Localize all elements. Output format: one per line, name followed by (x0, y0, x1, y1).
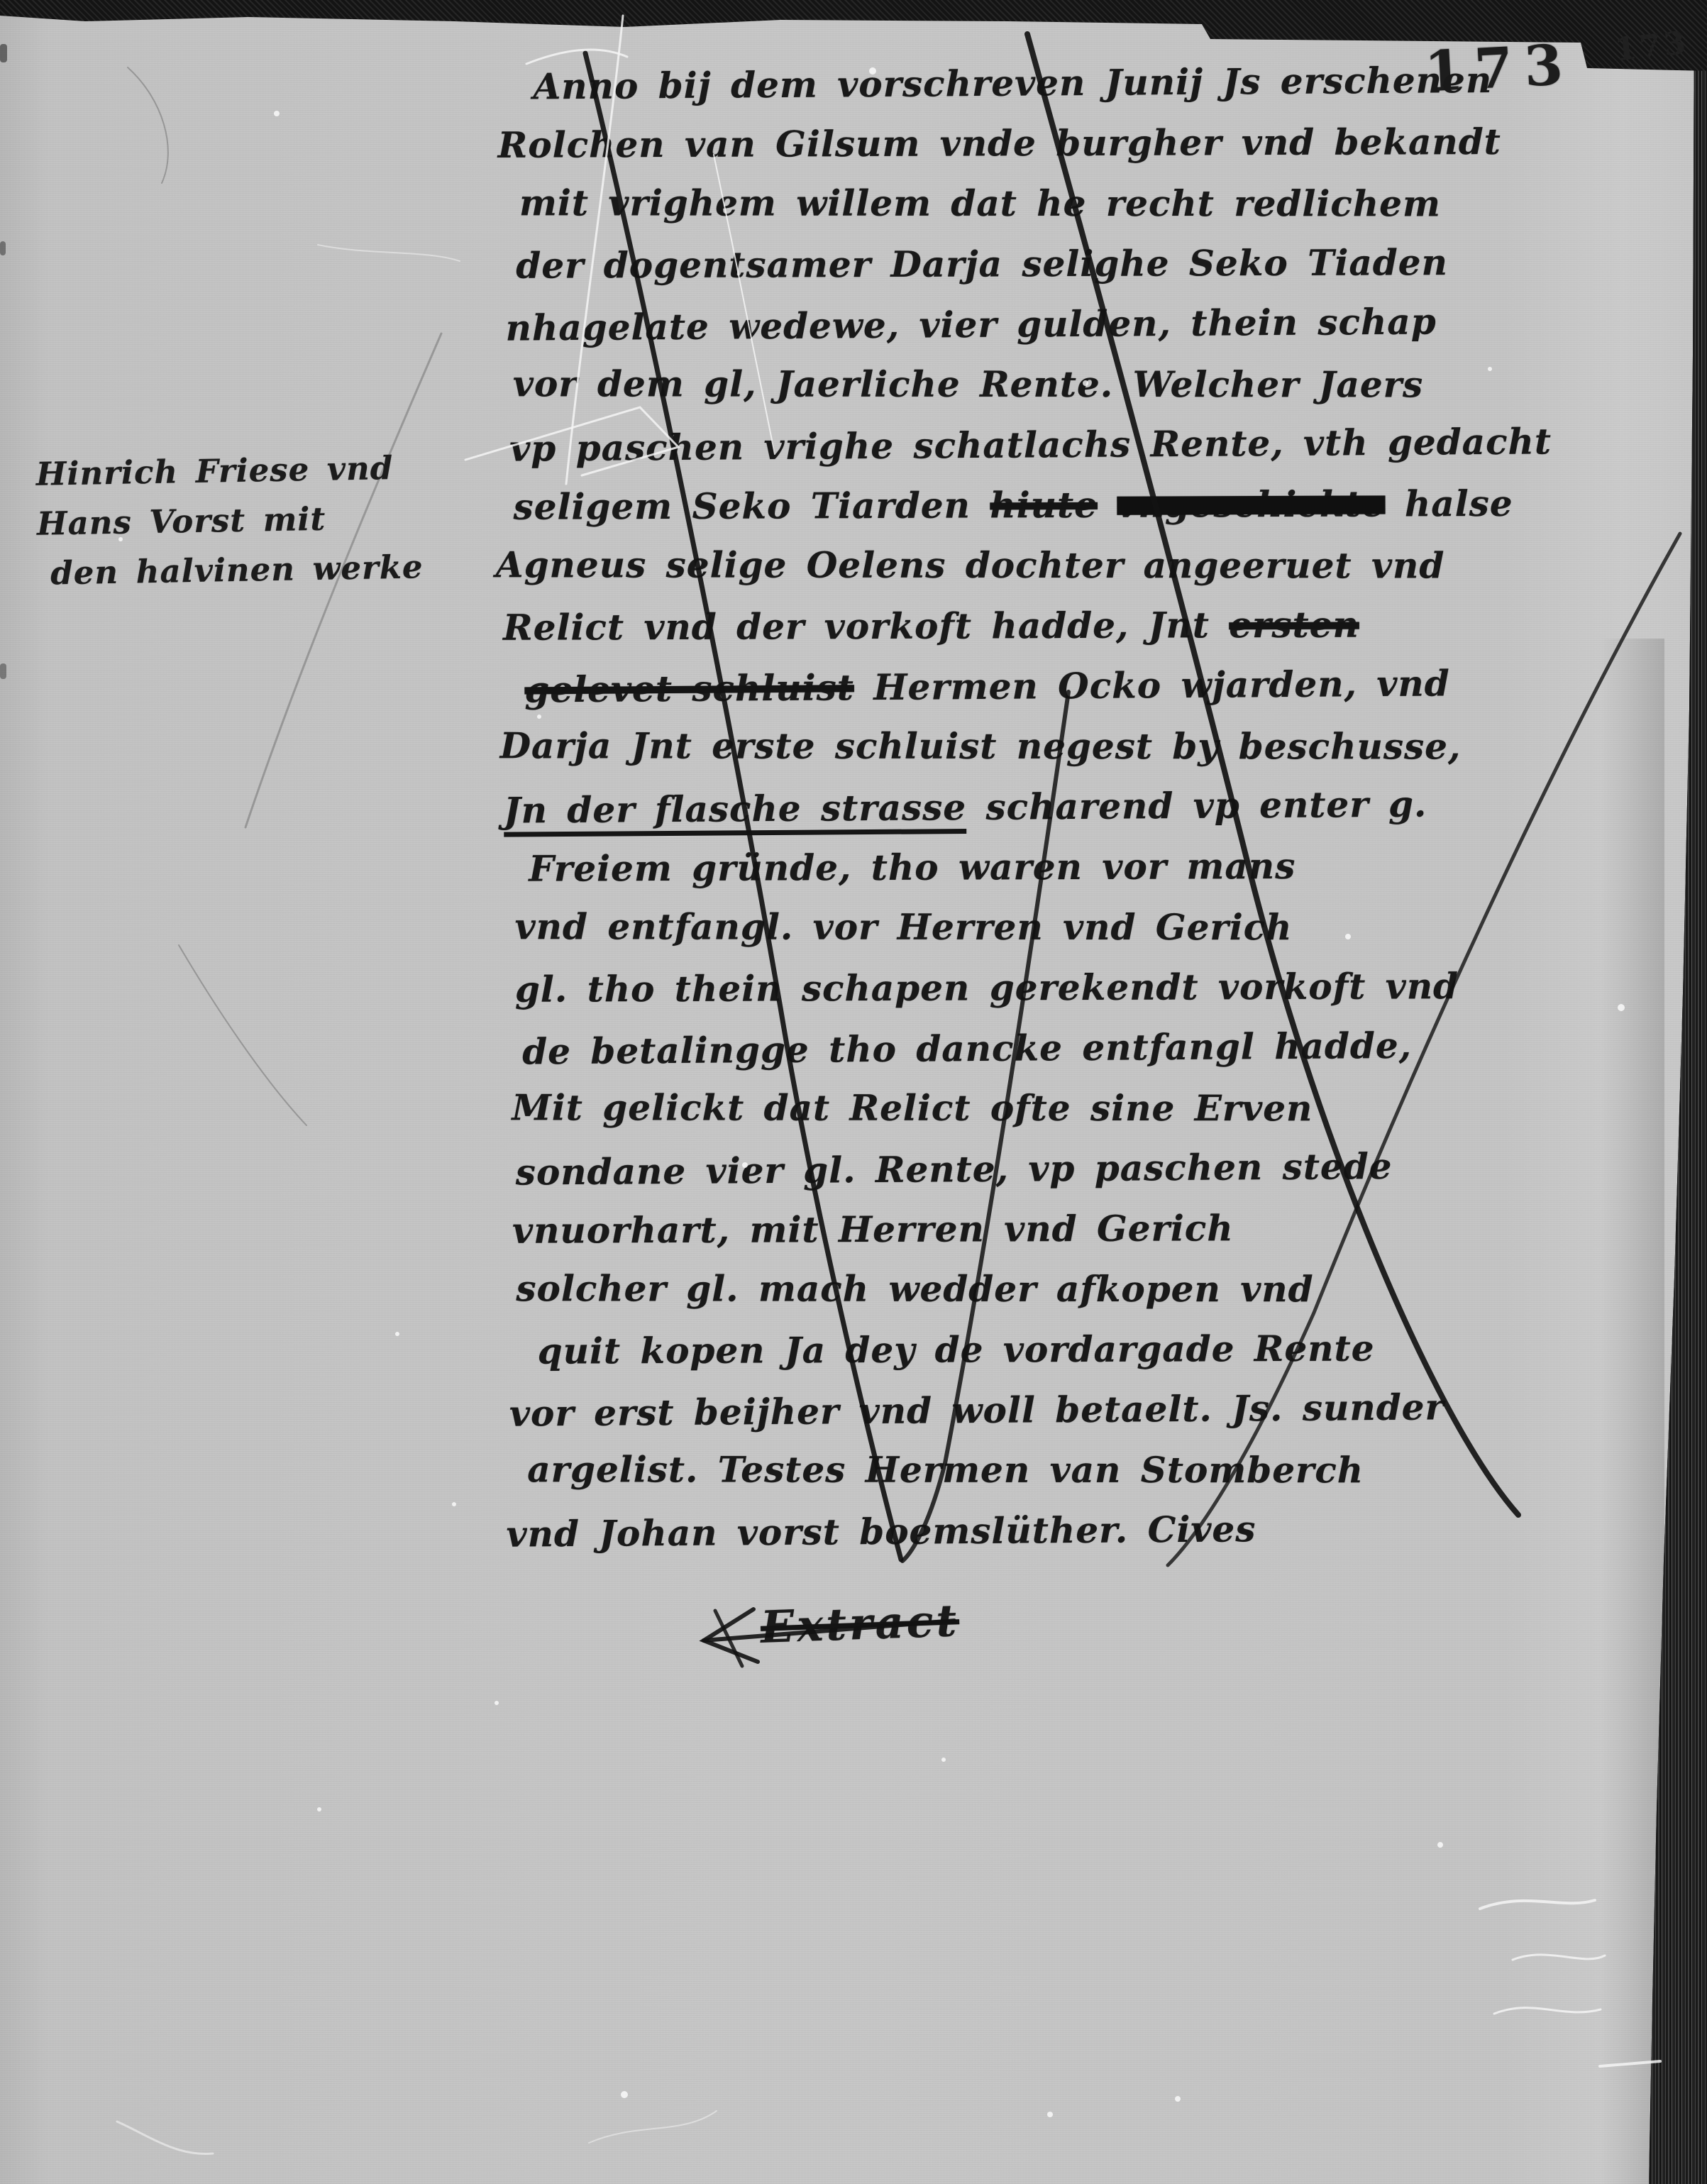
text-line: vor erst beijher vnd woll betaelt. Js. s… (509, 1375, 1649, 1443)
body-lines: Anno bij dem vorschreven Junij Js ersche… (494, 50, 1648, 1562)
text-line: argelist. Testes Hermen van Stomberch (527, 1439, 1648, 1500)
margin-note-line: Hinrich Friese vnd (35, 441, 504, 500)
struck-text: vngeschickte (1117, 482, 1385, 525)
text-line: Jn der flasche strasse scharend vp enter… (504, 772, 1647, 840)
text-line: Relict vnd der vorkoft hadde, Jnt ersten (503, 593, 1645, 658)
text-segment: Freiem gründe, tho waren vor mans (529, 845, 1296, 890)
text-segment: der dogentsamer Darja selighe Seko Tiade… (516, 241, 1448, 287)
book-fore-edge-band (1646, 0, 1707, 2184)
text-segment: de betalingge tho dancke entfangl hadde, (522, 1025, 1412, 1073)
text-line: vnd entfangl. vor Herren vnd Gerich (515, 896, 1647, 957)
text-line: nhagelate wedewe, vier gulden, thein sch… (505, 289, 1645, 358)
text-segment (1098, 484, 1117, 526)
text-line: vp paschen vrighe schatlachs Rente, vth … (509, 410, 1645, 478)
struck-text: ersten (1229, 604, 1359, 646)
text-line: der dogentsamer Darja selighe Seko Tiade… (516, 231, 1644, 296)
text-segment: mit vrighem willem dat he recht redliche… (519, 182, 1441, 224)
text-segment: Relict vnd der vorkoft hadde, Jnt (503, 604, 1229, 649)
text-line: sondane vier gl. Rente, vp paschen stede (516, 1134, 1648, 1202)
text-segment: Darja Jnt erste schluist negest by besch… (500, 724, 1462, 767)
text-line: seligem Seko Tiarden hiute vngeschickte … (513, 473, 1645, 537)
struck-text: gelevet schluist (524, 666, 854, 710)
text-line: solcher gl. mach wedder afkopen vnd (516, 1258, 1647, 1319)
text-line: vnd Johan vorst boemslüther. Cives (506, 1496, 1649, 1564)
text-line: Freiem gründe, tho waren vor mans (529, 834, 1646, 898)
text-line: de betalingge tho dancke entfangl hadde, (522, 1013, 1647, 1081)
text-segment: nhagelate wedewe, vier gulden, thein sch… (505, 300, 1436, 348)
text-segment: vor dem gl, Jaerliche Rente. Welcher Jae… (513, 363, 1423, 405)
text-line: Anno bij dem vorschreven Junij Js ersche… (533, 48, 1644, 116)
text-line: Agneus selige Oelens dochter angeeruet v… (496, 534, 1645, 595)
text-line: Rolchen van Gilsum vnde burgher vnd beka… (498, 111, 1644, 175)
text-segment: vnd Johan vorst boemslüther. Cives (506, 1508, 1256, 1555)
text-segment: quit kopen Ja dey de vordargade Rente (538, 1328, 1375, 1372)
text-segment: Mit gelickt dat Relict ofte sine Erven (512, 1086, 1313, 1129)
text-line: quit kopen Ja dey de vordargade Rente (538, 1317, 1648, 1381)
text-segment: Anno bij dem vorschreven Junij Js ersche… (533, 59, 1492, 107)
text-segment: Agneus selige Oelens dochter angeeruet v… (496, 544, 1445, 586)
text-segment: solcher gl. mach wedder afkopen vnd (516, 1267, 1313, 1310)
text-segment: halse (1385, 482, 1513, 525)
text-line: gelevet schluist Hermen Ocko wjarden, vn… (524, 651, 1646, 719)
text-segment: Hermen Ocko wjarden, vnd (854, 662, 1450, 708)
text-segment: vnuorhart, mit Herren vnd Gerich (512, 1207, 1234, 1252)
text-segment: seligem Seko Tiarden (513, 484, 990, 527)
text-segment: scharend vp enter g. (966, 783, 1427, 829)
text-line: vor dem gl, Jaerliche Rente. Welcher Jae… (513, 353, 1645, 414)
text-segment: vor erst beijher vnd woll betaelt. Js. s… (509, 1386, 1444, 1434)
closing-word: Extract (760, 1594, 960, 1653)
text-line: Darja Jnt erste schluist negest by besch… (500, 715, 1646, 776)
struck-text: Jn der flasche strasse (504, 786, 967, 837)
text-segment: vp paschen vrighe schatlachs Rente, vth … (509, 420, 1552, 469)
text-line: vnuorhart, mit Herren vnd Gerich (512, 1196, 1647, 1261)
text-segment: Rolchen van Gilsum vnde burgher vnd beka… (498, 121, 1501, 166)
text-line: gl. tho thein schapen gerekendt vorkoft … (515, 955, 1647, 1020)
text-line: Mit gelickt dat Relict ofte sine Erven (512, 1077, 1647, 1138)
text-segment: argelist. Testes Hermen van Stomberch (527, 1448, 1364, 1491)
text-segment: gl. tho thein schapen gerekendt vorkoft … (515, 965, 1459, 1010)
margin-note: Hinrich Friese vnd Hans Vorst mit den ha… (35, 441, 507, 598)
manuscript-page: 173 173 Hinrich Friese vnd Hans Vorst mi… (0, 0, 1707, 2184)
margin-note-line: Hans Vorst mit (36, 491, 505, 549)
text-segment: vnd entfangl. vor Herren vnd Gerich (515, 905, 1293, 948)
struck-text: hiute (990, 484, 1098, 526)
text-segment: sondane vier gl. Rente, vp paschen stede (516, 1145, 1393, 1193)
margin-note-line: den halvinen werke (50, 541, 507, 598)
text-line: mit vrighem willem dat he recht redliche… (519, 172, 1644, 233)
